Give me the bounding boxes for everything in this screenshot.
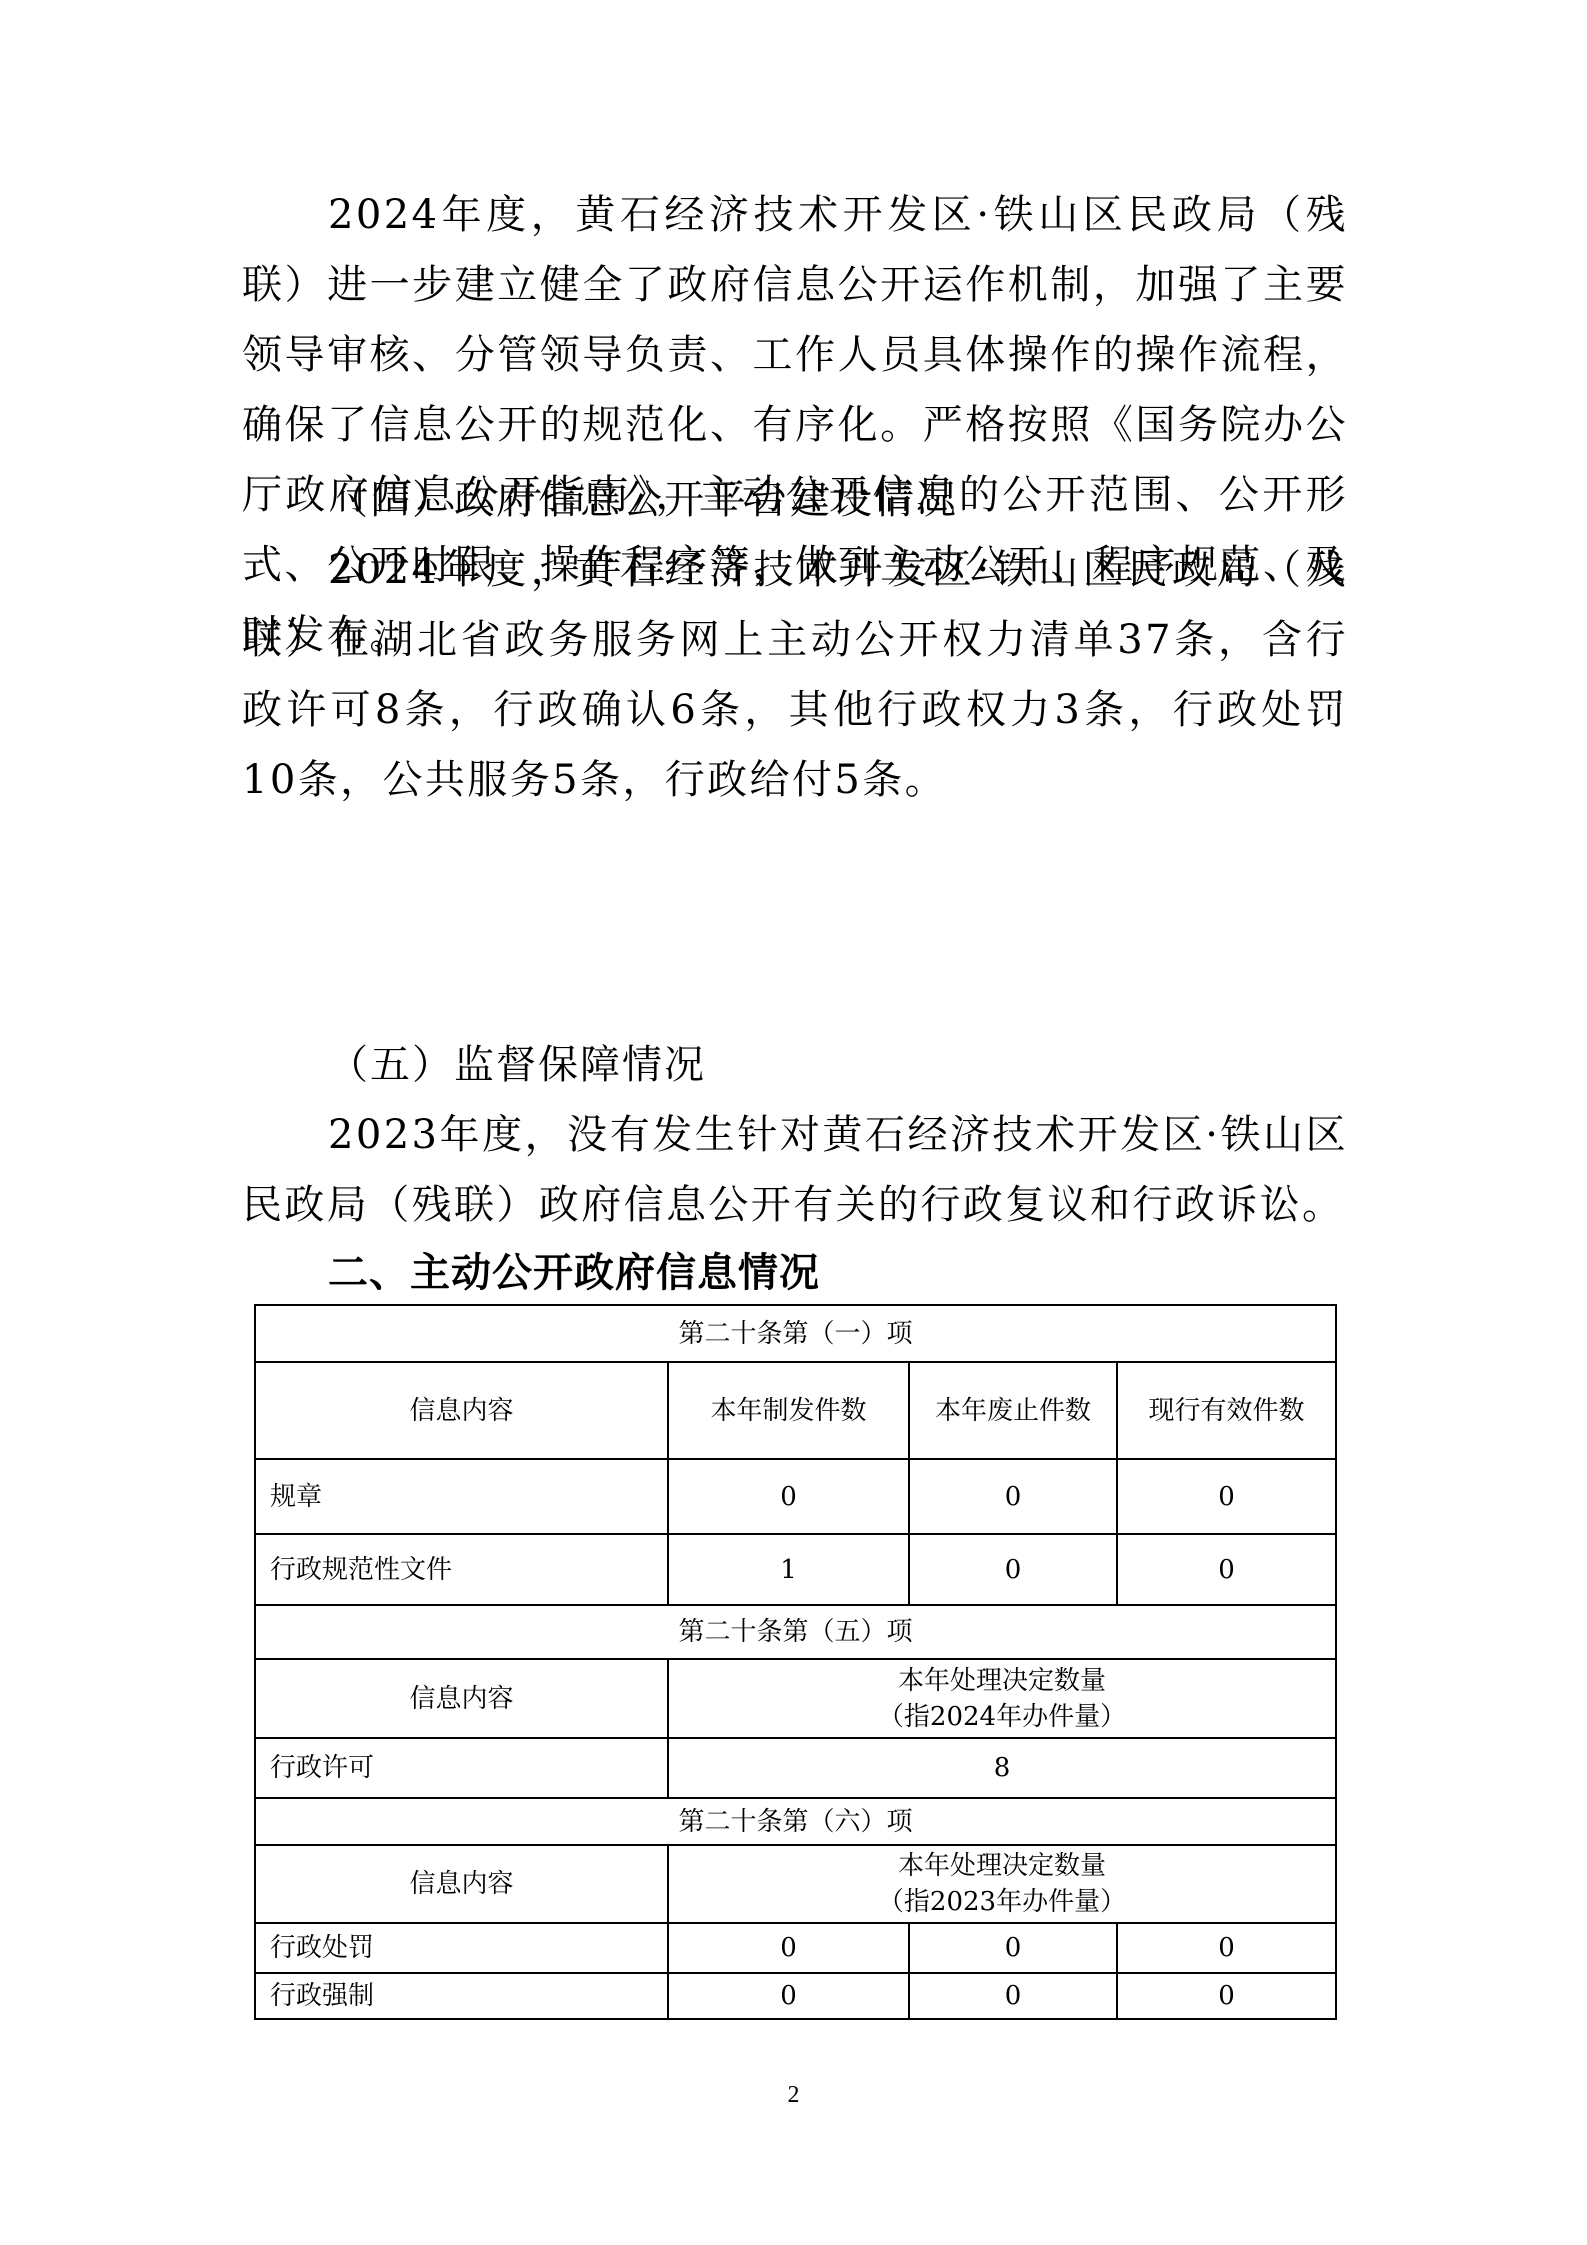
cell-value: 0 — [668, 1459, 909, 1534]
table-row: 规章 0 0 0 — [255, 1459, 1336, 1534]
table-header-row: 信息内容 本年制发件数 本年废止件数 现行有效件数 — [255, 1362, 1336, 1459]
row-label: 行政许可 — [255, 1738, 668, 1798]
header-abolished-count: 本年废止件数 — [909, 1362, 1117, 1459]
section-title-article20-5: 第二十条第（五）项 — [255, 1605, 1336, 1659]
header-info-content: 信息内容 — [255, 1845, 668, 1923]
row-label: 行政强制 — [255, 1973, 668, 2019]
section-title-article20-6: 第二十条第（六）项 — [255, 1798, 1336, 1845]
row-label: 行政规范性文件 — [255, 1534, 668, 1605]
cell-value: 0 — [1117, 1534, 1336, 1605]
cell-value: 0 — [668, 1973, 909, 2019]
cell-value: 0 — [909, 1459, 1117, 1534]
section-title-row: 第二十条第（六）项 — [255, 1798, 1336, 1845]
cell-value: 0 — [1117, 1923, 1336, 1973]
paragraph-supervision: 2023年度，没有发生针对黄石经济技术开发区·铁山区民政局（残联）政府信息公开有… — [242, 1100, 1348, 1240]
table-row: 行政许可 8 — [255, 1738, 1336, 1798]
cell-value: 0 — [909, 1534, 1117, 1605]
header-info-content: 信息内容 — [255, 1362, 668, 1459]
disclosure-table: 第二十条第（一）项 信息内容 本年制发件数 本年废止件数 现行有效件数 规章 0… — [254, 1304, 1337, 2020]
cell-value: 0 — [1117, 1973, 1336, 2019]
cell-value: 0 — [909, 1973, 1117, 2019]
cell-value: 0 — [909, 1923, 1117, 1973]
section-heading: 二、主动公开政府信息情况 — [328, 1245, 820, 1301]
table-header-row: 信息内容 本年处理决定数量 （指2024年办件量） — [255, 1659, 1336, 1738]
header-decision-line1: 本年处理决定数量 — [683, 1848, 1321, 1884]
header-issued-count: 本年制发件数 — [668, 1362, 909, 1459]
paragraph-platform: 2024年度，黄石经济技术开发区·铁山区民政局（残联）在湖北省政务服务网上主动公… — [242, 535, 1348, 815]
row-label: 行政处罚 — [255, 1923, 668, 1973]
header-info-content: 信息内容 — [255, 1659, 668, 1738]
header-decision-line2: （指2024年办件量） — [683, 1699, 1321, 1735]
table-row: 行政规范性文件 1 0 0 — [255, 1534, 1336, 1605]
header-decision-count: 本年处理决定数量 （指2023年办件量） — [668, 1845, 1336, 1923]
cell-value: 0 — [668, 1923, 909, 1973]
table-row: 行政处罚 0 0 0 — [255, 1923, 1336, 1973]
section-title-row: 第二十条第（一）项 — [255, 1305, 1336, 1362]
header-decision-line2: （指2023年办件量） — [683, 1884, 1321, 1920]
header-decision-count: 本年处理决定数量 （指2024年办件量） — [668, 1659, 1336, 1738]
cell-value: 8 — [668, 1738, 1336, 1798]
header-decision-line1: 本年处理决定数量 — [683, 1663, 1321, 1699]
cell-value: 1 — [668, 1534, 909, 1605]
subheading-platform: （四）政府信息公开平台建设情况 — [328, 465, 958, 535]
section-title-row: 第二十条第（五）项 — [255, 1605, 1336, 1659]
document-page: 2024年度，黄石经济技术开发区·铁山区民政局（残联）进一步建立健全了政府信息公… — [0, 0, 1587, 2245]
table-header-row: 信息内容 本年处理决定数量 （指2023年办件量） — [255, 1845, 1336, 1923]
row-label: 规章 — [255, 1459, 668, 1534]
section-title-article20-1: 第二十条第（一）项 — [255, 1305, 1336, 1362]
table-row: 行政强制 0 0 0 — [255, 1973, 1336, 2019]
cell-value: 0 — [1117, 1459, 1336, 1534]
header-valid-count: 现行有效件数 — [1117, 1362, 1336, 1459]
page-number: 2 — [0, 2082, 1587, 2109]
subheading-supervision: （五）监督保障情况 — [328, 1030, 706, 1100]
